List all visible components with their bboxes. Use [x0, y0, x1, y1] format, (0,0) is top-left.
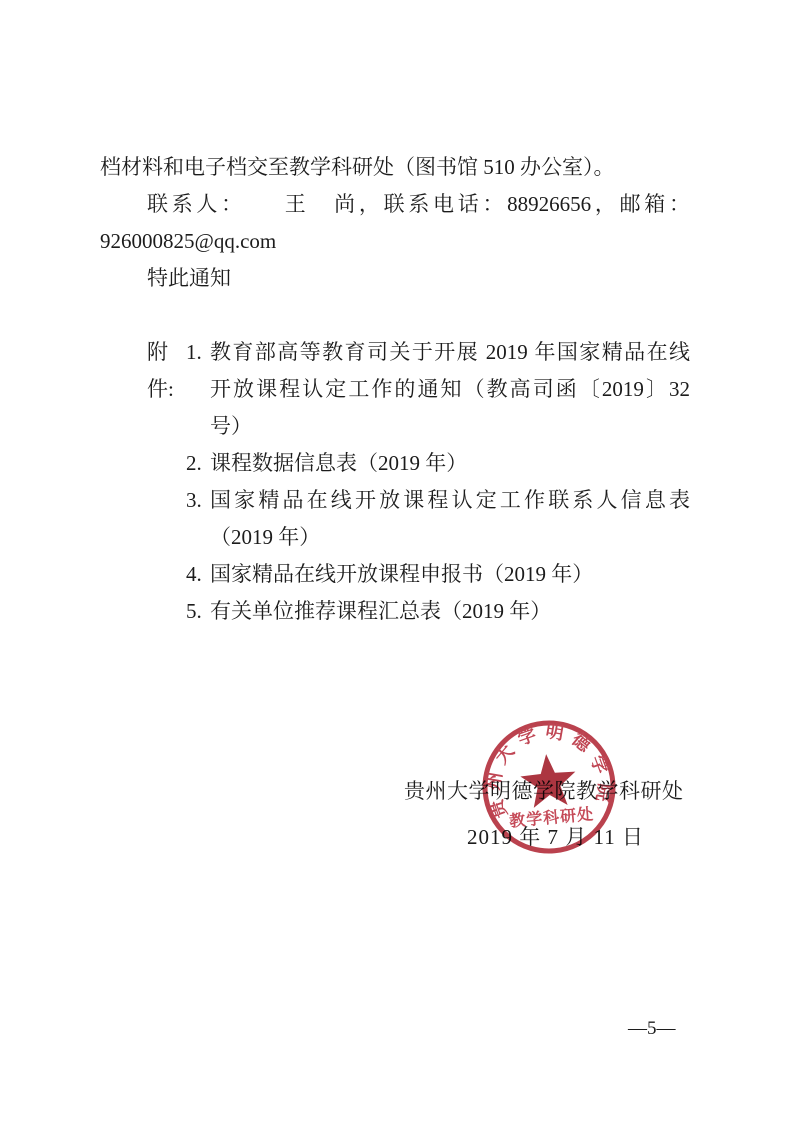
body-text: 档材料和电子档交至教学科研处（图书馆 510 办公室）。 联系人： 王 尚，联系…	[100, 149, 690, 630]
attachment-item-line: 课程数据信息表（2019 年）	[210, 445, 690, 482]
document-page: 档材料和电子档交至教学科研处（图书馆 510 办公室）。 联系人： 王 尚，联系…	[0, 0, 793, 1122]
email-line: 926000825@qq.com	[100, 223, 690, 260]
attachment-item-line: 号）	[210, 408, 690, 445]
contact-line: 联系人： 王 尚，联系电话：88926656，邮箱：	[100, 186, 690, 223]
attachment-item-line: 开放课程认定工作的通知（教高司函〔2019〕32	[210, 371, 690, 408]
page-number: —5—	[628, 1018, 676, 1039]
attachment-item-number: 1.	[186, 334, 210, 371]
svg-text:贵州大学明德学院: 贵州大学明德学院	[477, 714, 618, 821]
attachment-label: 附件:	[147, 334, 186, 408]
attachment-item-line: （2019 年）	[210, 519, 690, 556]
attachment-item-number: 4.	[186, 556, 210, 593]
paragraph-continuation: 档材料和电子档交至教学科研处（图书馆 510 办公室）。	[100, 149, 690, 186]
attachment-item: 课程数据信息表（2019 年）	[210, 445, 690, 482]
attachment-item: 国家精品在线开放课程认定工作联系人信息表 （2019 年）	[210, 482, 690, 556]
notice-line: 特此通知	[100, 260, 690, 297]
attachment-item-number: 5.	[186, 593, 210, 630]
attachment-item-number: 3.	[186, 482, 210, 519]
attachment-list: 附件: 1. 教育部高等教育司关于开展 2019 年国家精品在线 开放课程认定工…	[147, 334, 690, 630]
attachment-item-line: 有关单位推荐课程汇总表（2019 年）	[210, 593, 690, 630]
attachment-item: 教育部高等教育司关于开展 2019 年国家精品在线 开放课程认定工作的通知（教高…	[210, 334, 690, 445]
attachment-item-line: 教育部高等教育司关于开展 2019 年国家精品在线	[210, 334, 690, 371]
blank-line	[100, 297, 690, 334]
attachment-item-line: 国家精品在线开放课程认定工作联系人信息表	[210, 482, 690, 519]
attachment-item-number: 2.	[186, 445, 210, 482]
attachment-item: 国家精品在线开放课程申报书（2019 年）	[210, 556, 690, 593]
signature-date: 2019 年 7 月 11 日	[467, 827, 644, 848]
signature-org: 贵州大学明德学院教学科研处	[404, 781, 684, 802]
attachment-item: 有关单位推荐课程汇总表（2019 年）	[210, 593, 690, 630]
attachment-item-line: 国家精品在线开放课程申报书（2019 年）	[210, 556, 690, 593]
seal-ring-text: 贵州大学明德学院	[477, 714, 618, 821]
